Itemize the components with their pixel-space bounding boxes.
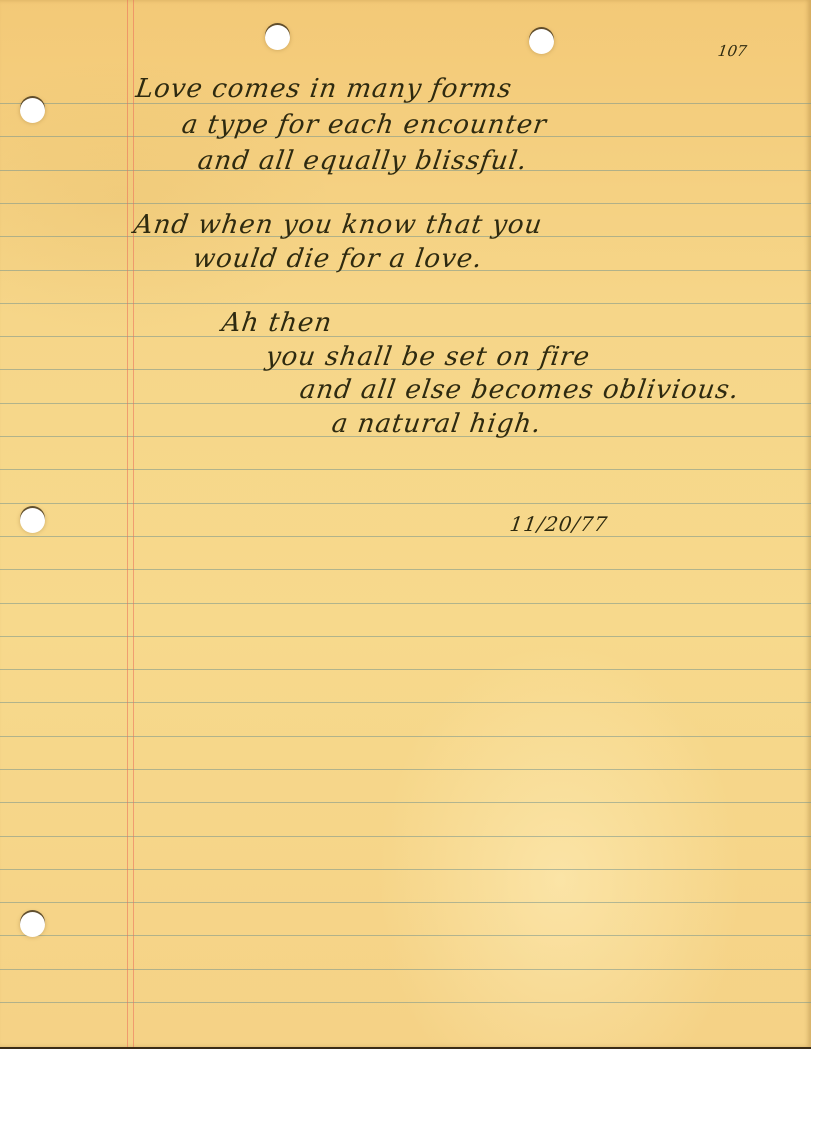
punch-hole xyxy=(20,508,45,533)
rule-line xyxy=(0,636,811,637)
notebook-page: 107 Love comes in many forms a type for … xyxy=(0,0,811,1049)
rule-line xyxy=(0,569,811,570)
rule-line xyxy=(0,536,811,537)
rule-line xyxy=(0,303,811,304)
punch-hole xyxy=(529,29,554,54)
rule-line xyxy=(0,603,811,604)
rule-line xyxy=(0,469,811,470)
date: 11/20/77 xyxy=(508,512,609,536)
poem-line: and all else becomes oblivious. xyxy=(298,375,741,405)
rule-line xyxy=(0,769,811,770)
poem-line: And when you know that you xyxy=(132,210,545,240)
poem-line: a type for each encounter xyxy=(180,110,549,140)
margin-line xyxy=(127,0,128,1047)
rule-line xyxy=(0,336,811,337)
page-number: 107 xyxy=(717,42,748,60)
rule-line xyxy=(0,869,811,870)
rule-line xyxy=(0,669,811,670)
rule-line xyxy=(0,935,811,936)
punch-hole xyxy=(20,912,45,937)
rule-line xyxy=(0,702,811,703)
rule-line xyxy=(0,969,811,970)
punch-hole xyxy=(265,25,290,50)
rule-line xyxy=(0,1002,811,1003)
rule-line xyxy=(0,736,811,737)
rule-line xyxy=(0,802,811,803)
margin-line xyxy=(133,0,134,1047)
punch-hole xyxy=(20,98,45,123)
poem-line: a natural high. xyxy=(330,409,544,439)
poem-line: Ah then xyxy=(220,308,334,338)
poem-line: you shall be set on fire xyxy=(264,342,592,372)
rule-line xyxy=(0,503,811,504)
rule-line xyxy=(0,203,811,204)
rule-line xyxy=(0,902,811,903)
poem-line: and all equally blissful. xyxy=(196,146,530,176)
poem-line: would die for a love. xyxy=(191,244,485,274)
poem-line: Love comes in many forms xyxy=(134,74,514,104)
rule-line xyxy=(0,836,811,837)
